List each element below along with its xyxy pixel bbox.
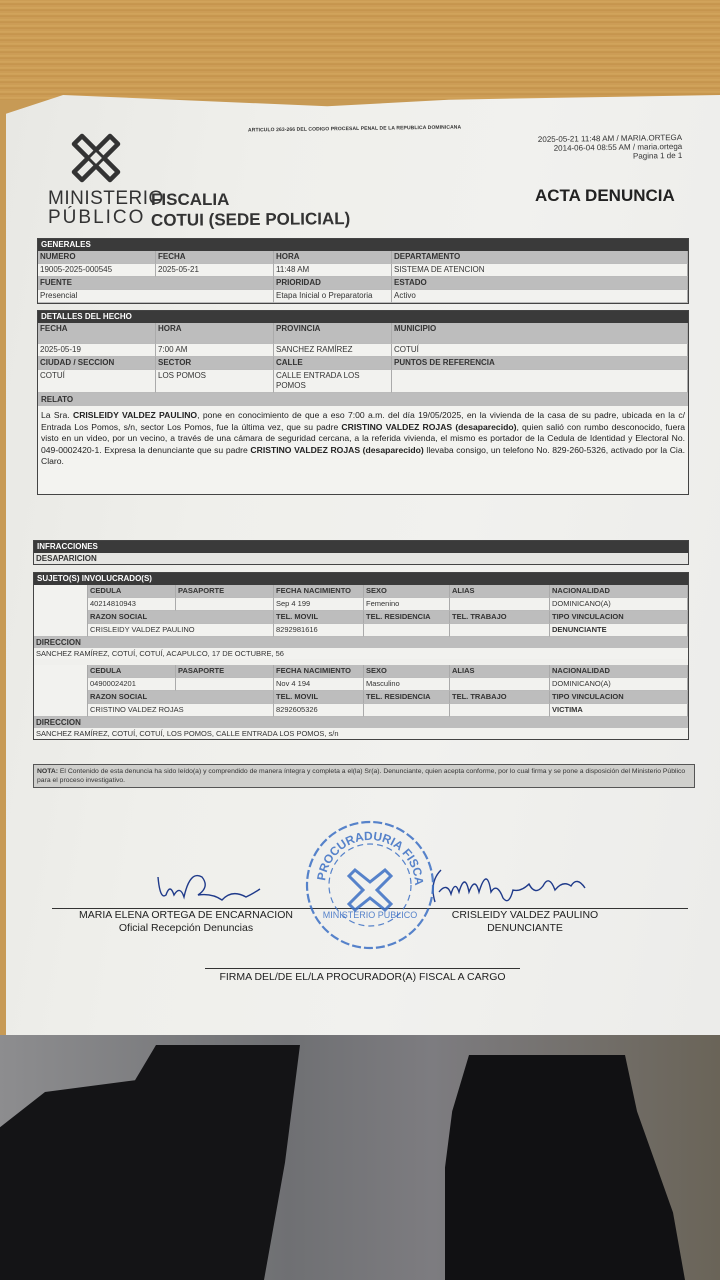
direccion-label: DIRECCION	[34, 637, 688, 648]
cedula-value: 40214810943	[88, 598, 176, 611]
departamento-label: DEPARTAMENTO	[392, 251, 688, 264]
tel-trabajo-label: TEL. TRABAJO	[450, 611, 550, 624]
document-meta: 2025-05-21 11:48 AM / MARIA.ORTEGA 2014-…	[538, 133, 683, 162]
sujeto-record: CEDULAPASAPORTEFECHA NACIMIENTOSEXOALIAS…	[34, 585, 688, 659]
numero-value: 19005-2025-000545	[38, 264, 156, 277]
fiscal-stamp-icon: PROCURADURIA FISCAL MINISTERIO PUBLICO	[303, 818, 437, 952]
ministerio-publico-logo-icon	[68, 128, 124, 184]
municipio-value: COTUÍ	[392, 344, 688, 357]
ciudad-value: COTUÍ	[38, 370, 156, 393]
tel-residencia-label: TEL. RESIDENCIA	[364, 691, 450, 704]
departamento-value: SISTEMA DE ATENCION	[392, 264, 688, 277]
razon-social-value: CRISLEIDY VALDEZ PAULINO	[88, 624, 274, 637]
pasaporte-value	[176, 598, 274, 611]
tipo-vinculacion-label: TIPO VINCULACION	[550, 691, 688, 704]
infracciones-section: INFRACCIONES DESAPARICION	[33, 540, 689, 565]
sujeto-blank	[34, 585, 88, 637]
tipo-vinculacion-label: TIPO VINCULACION	[550, 611, 688, 624]
relato-bold-name: CRISTINO VALDEZ ROJAS (desaparecido)	[250, 445, 423, 455]
denunciante-role: DENUNCIANTE	[430, 922, 620, 934]
tipo-vinculacion-value: VICTIMA	[550, 704, 688, 717]
sujeto-blank	[34, 665, 88, 717]
fecha-nacimiento-label: FECHA NACIMIENTO	[274, 665, 364, 678]
detalles-header: DETALLES DEL HECHO	[38, 311, 688, 323]
stamp-bottom-text: MINISTERIO PUBLICO	[323, 910, 418, 920]
denunciante-signature-scribble	[425, 862, 605, 907]
pasaporte-label: PASAPORTE	[176, 585, 274, 598]
tel-trabajo-label: TEL. TRABAJO	[450, 691, 550, 704]
fecha-value: 2025-05-21	[156, 264, 274, 277]
sector-label: SECTOR	[156, 357, 274, 370]
hecho-hora-label: HORA	[156, 323, 274, 344]
alias-label: ALIAS	[450, 665, 550, 678]
infracciones-header: INFRACCIONES	[34, 541, 688, 553]
tel-residencia-value	[364, 624, 450, 637]
procurador-signature-label: FIRMA DEL/DE EL/LA PROCURADOR(A) FISCAL …	[195, 971, 530, 983]
alias-value	[450, 678, 550, 691]
fecha-nacimiento-label: FECHA NACIMIENTO	[274, 585, 364, 598]
relato-bold-name: CRISTINO VALDEZ ROJAS (desaparecido)	[341, 422, 516, 432]
razon-social-value: CRISTINO VALDEZ ROJAS	[88, 704, 274, 717]
tel-movil-label: TEL. MOVIL	[274, 611, 364, 624]
sexo-value: Femenino	[364, 598, 450, 611]
fuente-label: FUENTE	[38, 277, 274, 290]
tel-residencia-label: TEL. RESIDENCIA	[364, 611, 450, 624]
tipo-vinculacion-value: DENUNCIANTE	[550, 624, 688, 637]
generales-header: GENERALES	[38, 239, 688, 251]
tel-movil-value: 8292981616	[274, 624, 364, 637]
oficial-role: Oficial Recepción Denuncias	[58, 922, 314, 934]
relato-label: RELATO	[38, 393, 688, 406]
ciudad-label: CIUDAD / SECCION	[38, 357, 156, 370]
direccion-value: SANCHEZ RAMÍREZ, COTUÍ, COTUÍ, LOS POMOS…	[34, 728, 688, 739]
generales-section: GENERALES NUMERO FECHA HORA DEPARTAMENTO…	[37, 238, 689, 304]
relato-text: La Sra. CRISLEIDY VALDEZ PAULINO, pone e…	[38, 406, 688, 494]
fuente-value: Presencial	[38, 290, 274, 303]
tel-trabajo-value	[450, 624, 550, 637]
hecho-hora-value: 7:00 AM	[156, 344, 274, 357]
alias-value	[450, 598, 550, 611]
publico-label: PÚBLICO	[48, 207, 145, 229]
nacionalidad-label: NACIONALIDAD	[550, 665, 688, 678]
denunciante-name: CRISLEIDY VALDEZ PAULINO	[430, 909, 620, 921]
hecho-fecha-label: FECHA	[38, 323, 156, 344]
nota-label: NOTA:	[37, 768, 58, 775]
razon-social-label: RAZON SOCIAL	[88, 691, 274, 704]
nacionalidad-value: DOMINICANO(A)	[550, 598, 688, 611]
calle-label: CALLE	[274, 357, 392, 370]
sexo-label: SEXO	[364, 665, 450, 678]
procurador-signature-line	[205, 968, 520, 969]
alias-label: ALIAS	[450, 585, 550, 598]
razon-social-label: RAZON SOCIAL	[88, 611, 274, 624]
sujetos-section: SUJETO(S) INVOLUCRADO(S) CEDULAPASAPORTE…	[33, 572, 689, 740]
pasaporte-value	[176, 678, 274, 691]
prioridad-label: PRIORIDAD	[274, 277, 392, 290]
nacionalidad-label: NACIONALIDAD	[550, 585, 688, 598]
tel-movil-value: 8292605326	[274, 704, 364, 717]
tel-residencia-value	[364, 704, 450, 717]
prioridad-value: Etapa Inicial o Preparatoria	[274, 290, 392, 303]
articulo-header: ARTICULO 263-266 DEL CODIGO PROCESAL PEN…	[248, 125, 461, 134]
cedula-label: CEDULA	[88, 585, 176, 598]
oficial-signature-scribble	[150, 865, 270, 910]
hora-label: HORA	[274, 251, 392, 264]
municipio-label: MUNICIPIO	[392, 323, 688, 344]
estado-value: Activo	[392, 290, 688, 303]
acta-denuncia-document: ARTICULO 263-266 DEL CODIGO PROCESAL PEN…	[0, 0, 720, 1280]
tel-movil-label: TEL. MOVIL	[274, 691, 364, 704]
sujetos-header: SUJETO(S) INVOLUCRADO(S)	[34, 573, 688, 585]
provincia-value: SANCHEZ RAMÍREZ	[274, 344, 392, 357]
hora-value: 11:48 AM	[274, 264, 392, 277]
direccion-label: DIRECCION	[34, 717, 688, 728]
estado-label: ESTADO	[392, 277, 688, 290]
sujetos-list: CEDULAPASAPORTEFECHA NACIMIENTOSEXOALIAS…	[34, 585, 688, 739]
puntos-referencia-value	[392, 370, 688, 393]
cedula-value: 04900024201	[88, 678, 176, 691]
fecha-label: FECHA	[156, 251, 274, 264]
fiscalia-sede-label: COTUI (SEDE POLICIAL)	[151, 209, 350, 231]
oficial-name: MARIA ELENA ORTEGA DE ENCARNACION	[58, 909, 314, 921]
fecha-nacimiento-value: Sep 4 199	[274, 598, 364, 611]
detalles-section: DETALLES DEL HECHO FECHA HORA PROVINCIA …	[37, 310, 689, 495]
nacionalidad-value: DOMINICANO(A)	[550, 678, 688, 691]
tel-trabajo-value	[450, 704, 550, 717]
cedula-label: CEDULA	[88, 665, 176, 678]
hecho-fecha-value: 2025-05-19	[38, 344, 156, 357]
sujeto-record: CEDULAPASAPORTEFECHA NACIMIENTOSEXOALIAS…	[34, 659, 688, 739]
document-title: ACTA DENUNCIA	[535, 186, 675, 206]
direccion-value: SANCHEZ RAMÍREZ, COTUÍ, COTUÍ, ACAPULCO,…	[34, 648, 688, 659]
puntos-referencia-label: PUNTOS DE REFERENCIA	[392, 357, 688, 370]
sector-value: LOS POMOS	[156, 370, 274, 393]
calle-value: CALLE ENTRADA LOS POMOS	[274, 370, 392, 393]
pasaporte-label: PASAPORTE	[176, 665, 274, 678]
nota-box: NOTA: El Contenido de esta denuncia ha s…	[33, 764, 695, 788]
sexo-label: SEXO	[364, 585, 450, 598]
nota-text: El Contenido de esta denuncia ha sido le…	[37, 768, 685, 784]
fecha-nacimiento-value: Nov 4 194	[274, 678, 364, 691]
relato-segment: La Sra.	[41, 410, 73, 420]
numero-label: NUMERO	[38, 251, 156, 264]
infraccion-value: DESAPARICION	[34, 553, 688, 564]
relato-bold-name: CRISLEIDY VALDEZ PAULINO	[73, 410, 197, 420]
provincia-label: PROVINCIA	[274, 323, 392, 344]
fiscalia-label: FISCALIA	[151, 190, 229, 210]
sexo-value: Masculino	[364, 678, 450, 691]
